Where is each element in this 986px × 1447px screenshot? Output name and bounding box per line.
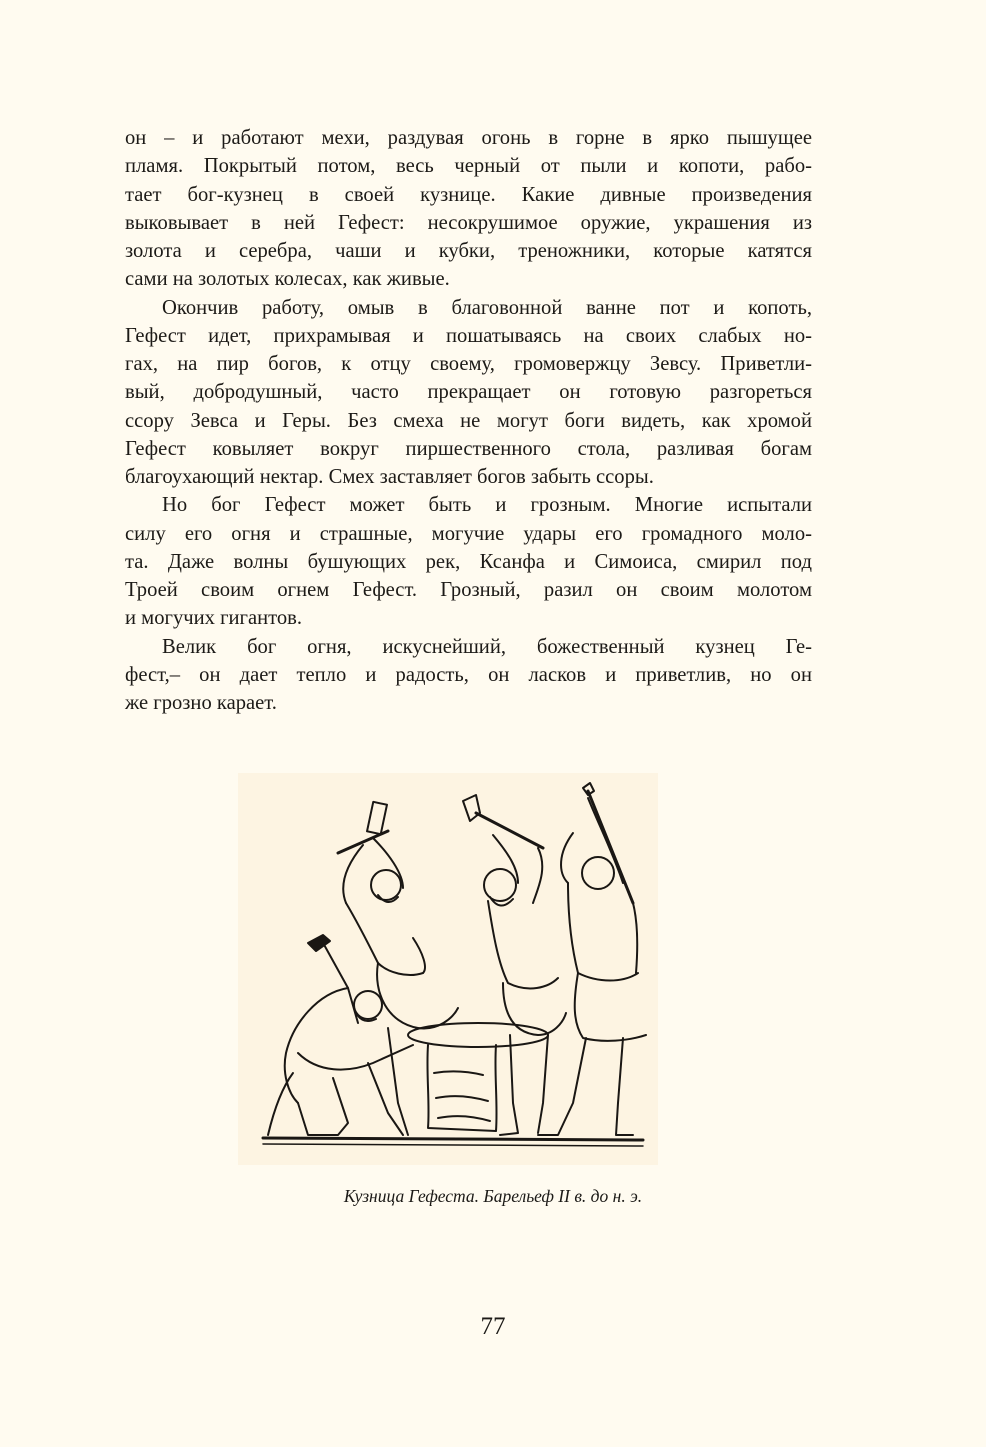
paragraph-3: Но бог Гефест может быть и грозным. Мног… — [125, 491, 812, 632]
text-line: тает бог-кузнец в своей кузнице. Какие д… — [125, 181, 812, 209]
text-line: и могучих гигантов. — [125, 604, 812, 632]
text-line: Гефест ковыляет вокруг пиршественного ст… — [125, 435, 812, 463]
figure-illustration — [238, 773, 658, 1165]
text-line: Но бог Гефест может быть и грозным. Мног… — [125, 491, 812, 519]
figure-caption: Кузница Гефеста. Барельеф II в. до н. э. — [0, 1186, 986, 1207]
paragraph-1: он – и работают мехи, раздувая огонь в г… — [125, 124, 812, 294]
text-line: Окончив работу, омыв в благовонной ванне… — [125, 294, 812, 322]
page-number: 77 — [0, 1313, 986, 1341]
paragraph-4: Велик бог огня, искуснейший, божественны… — [125, 633, 812, 718]
text-line: сами на золотых колесах, как живые. — [125, 265, 812, 293]
body-text: он – и работают мехи, раздувая огонь в г… — [125, 124, 812, 717]
text-line: ссору Зевса и Геры. Без смеха не могут б… — [125, 407, 812, 435]
text-line: же грозно карает. — [125, 689, 812, 717]
text-line: фест,– он дает тепло и радость, он ласко… — [125, 661, 812, 689]
text-line: он – и работают мехи, раздувая огонь в г… — [125, 124, 812, 152]
paragraph-2: Окончив работу, омыв в благовонной ванне… — [125, 294, 812, 492]
bas-relief-illustration-icon — [238, 773, 658, 1165]
text-line: Велик бог огня, искуснейший, божественны… — [125, 633, 812, 661]
text-line: силу его огня и страшные, могучие удары … — [125, 520, 812, 548]
text-line: выковывает в ней Гефест: несокрушимое ор… — [125, 209, 812, 237]
text-line: пламя. Покрытый потом, весь черный от пы… — [125, 152, 812, 180]
text-line: та. Даже волны бушующих рек, Ксанфа и Си… — [125, 548, 812, 576]
text-line: золота и серебра, чаши и кубки, треножни… — [125, 237, 812, 265]
text-line: благоухающий нектар. Смех заставляет бог… — [125, 463, 812, 491]
text-line: Гефест идет, прихрамывая и пошатываясь н… — [125, 322, 812, 350]
text-line: вый, добродушный, часто прекращает он го… — [125, 378, 812, 406]
text-line: Троей своим огнем Гефест. Грозный, разил… — [125, 576, 812, 604]
text-line: гах, на пир богов, к отцу своему, громов… — [125, 350, 812, 378]
